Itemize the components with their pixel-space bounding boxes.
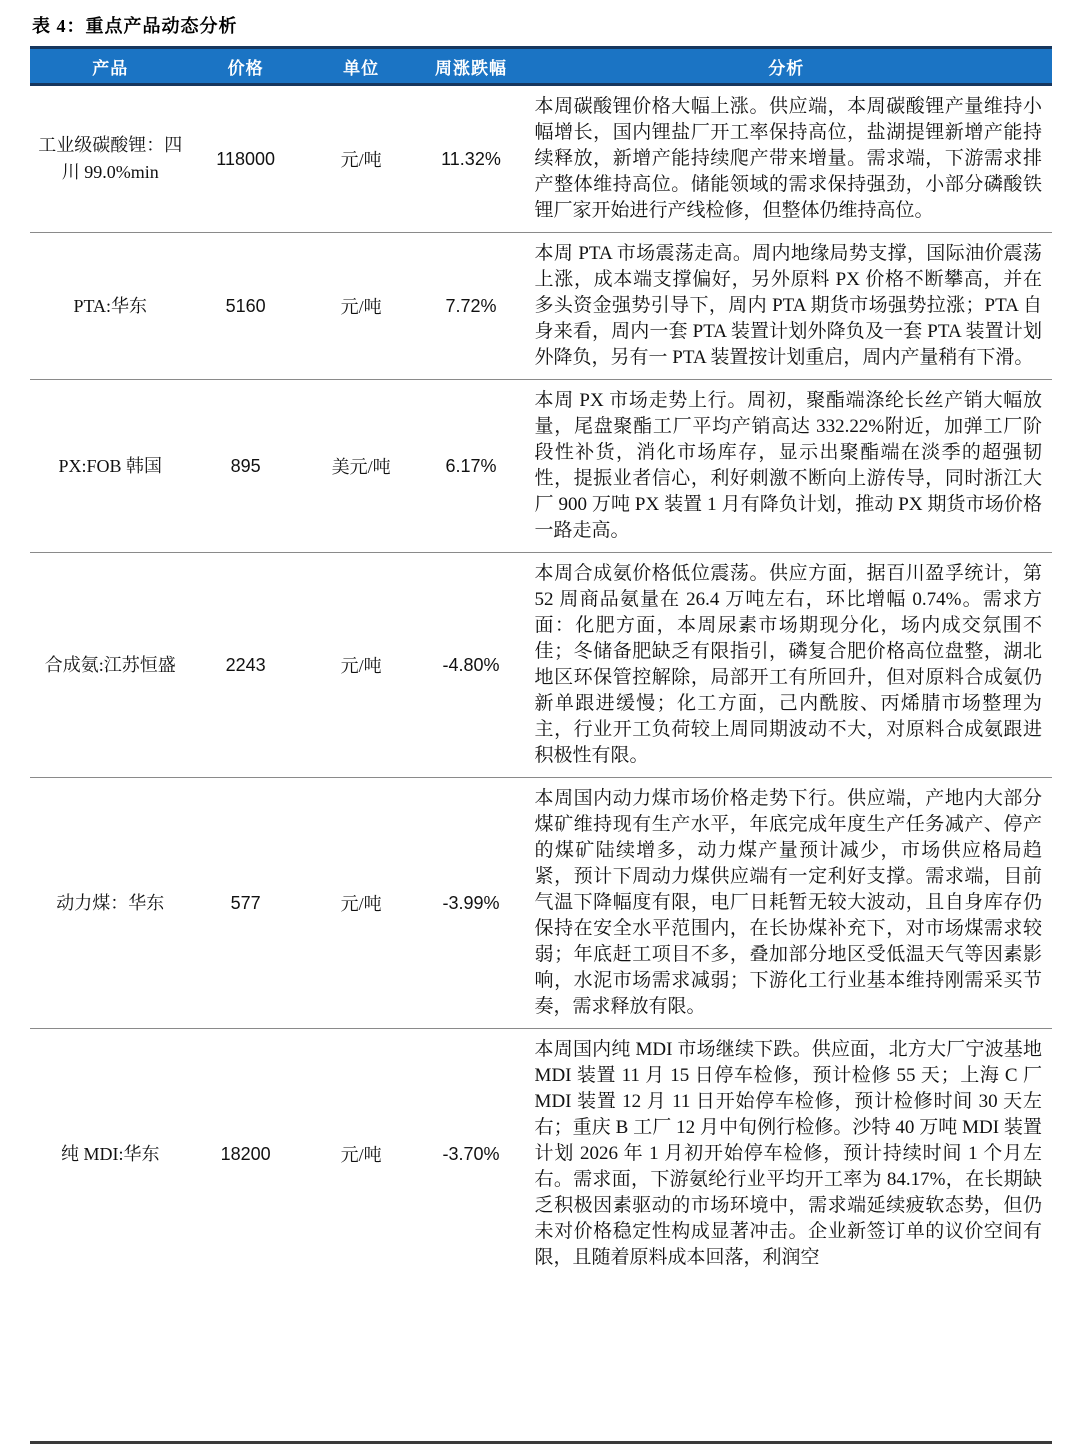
table-row-px: PX:FOB 韩国 895 美元/吨 6.17% 本周 PX 市场走势上行。周初…: [30, 380, 1052, 553]
cell-change: -3.99%: [421, 778, 520, 1028]
table-title: 表 4：重点产品动态分析: [32, 12, 1052, 38]
cell-unit: 元/吨: [301, 553, 422, 777]
table-row-lithium-carbonate: 工业级碳酸锂：四川 99.0%min 118000 元/吨 11.32% 本周碳…: [30, 86, 1052, 233]
cell-unit: 元/吨: [301, 778, 422, 1028]
cell-price: 577: [190, 778, 300, 1028]
cell-product: 合成氨:江苏恒盛: [30, 553, 190, 777]
cell-product: PTA:华东: [30, 233, 190, 379]
cell-price: 2243: [190, 553, 300, 777]
cell-analysis: 本周国内纯 MDI 市场继续下跌。供应面，北方大厂宁波基地 MDI 装置 11 …: [521, 1029, 1052, 1279]
cell-price: 895: [190, 380, 300, 552]
report-page: 表 4：重点产品动态分析 产品 价格 单位 周涨跌幅 分析 工业级碳酸锂：四川 …: [30, 12, 1052, 1279]
cell-unit: 元/吨: [301, 1029, 422, 1279]
table-row-pure-mdi: 纯 MDI:华东 18200 元/吨 -3.70% 本周国内纯 MDI 市场继续…: [30, 1029, 1052, 1279]
cell-analysis: 本周碳酸锂价格大幅上涨。供应端，本周碳酸锂产量维持小幅增长，国内锂盐厂开工率保持…: [521, 86, 1052, 232]
header-price: 价格: [190, 54, 300, 79]
cell-analysis: 本周合成氨价格低位震荡。供应方面，据百川盈孚统计，第 52 周商品氨量在 26.…: [521, 553, 1052, 777]
table-bottom-border: [30, 1441, 1052, 1444]
cell-price: 118000: [190, 86, 300, 232]
cell-product: 动力煤：华东: [30, 778, 190, 1028]
cell-change: 7.72%: [421, 233, 520, 379]
cell-analysis: 本周国内动力煤市场价格走势下行。供应端，产地内大部分煤矿维持现有生产水平，年底完…: [521, 778, 1052, 1028]
cell-change: -3.70%: [421, 1029, 520, 1279]
cell-product: 工业级碳酸锂：四川 99.0%min: [30, 86, 190, 232]
cell-change: 6.17%: [421, 380, 520, 552]
header-change: 周涨跌幅: [421, 54, 520, 79]
cell-analysis: 本周 PX 市场走势上行。周初，聚酯端涤纶长丝产销大幅放量，尾盘聚酯工厂平均产销…: [521, 380, 1052, 552]
cell-unit: 元/吨: [301, 86, 422, 232]
table-header-row: 产品 价格 单位 周涨跌幅 分析: [30, 46, 1052, 86]
cell-analysis: 本周 PTA 市场震荡走高。周内地缘局势支撑，国际油价震荡上涨，成本端支撑偏好，…: [521, 233, 1052, 379]
table-row-pta: PTA:华东 5160 元/吨 7.72% 本周 PTA 市场震荡走高。周内地缘…: [30, 233, 1052, 380]
cell-unit: 美元/吨: [301, 380, 422, 552]
header-product: 产品: [30, 54, 190, 79]
table-row-synthetic-ammonia: 合成氨:江苏恒盛 2243 元/吨 -4.80% 本周合成氨价格低位震荡。供应方…: [30, 553, 1052, 778]
cell-product: 纯 MDI:华东: [30, 1029, 190, 1279]
cell-product: PX:FOB 韩国: [30, 380, 190, 552]
product-dynamics-table: 产品 价格 单位 周涨跌幅 分析 工业级碳酸锂：四川 99.0%min 1180…: [30, 46, 1052, 1279]
header-analysis: 分析: [521, 54, 1052, 79]
header-unit: 单位: [301, 54, 422, 79]
cell-price: 5160: [190, 233, 300, 379]
cell-unit: 元/吨: [301, 233, 422, 379]
cell-change: -4.80%: [421, 553, 520, 777]
table-row-thermal-coal: 动力煤：华东 577 元/吨 -3.99% 本周国内动力煤市场价格走势下行。供应…: [30, 778, 1052, 1029]
cell-change: 11.32%: [421, 86, 520, 232]
cell-price: 18200: [190, 1029, 300, 1279]
